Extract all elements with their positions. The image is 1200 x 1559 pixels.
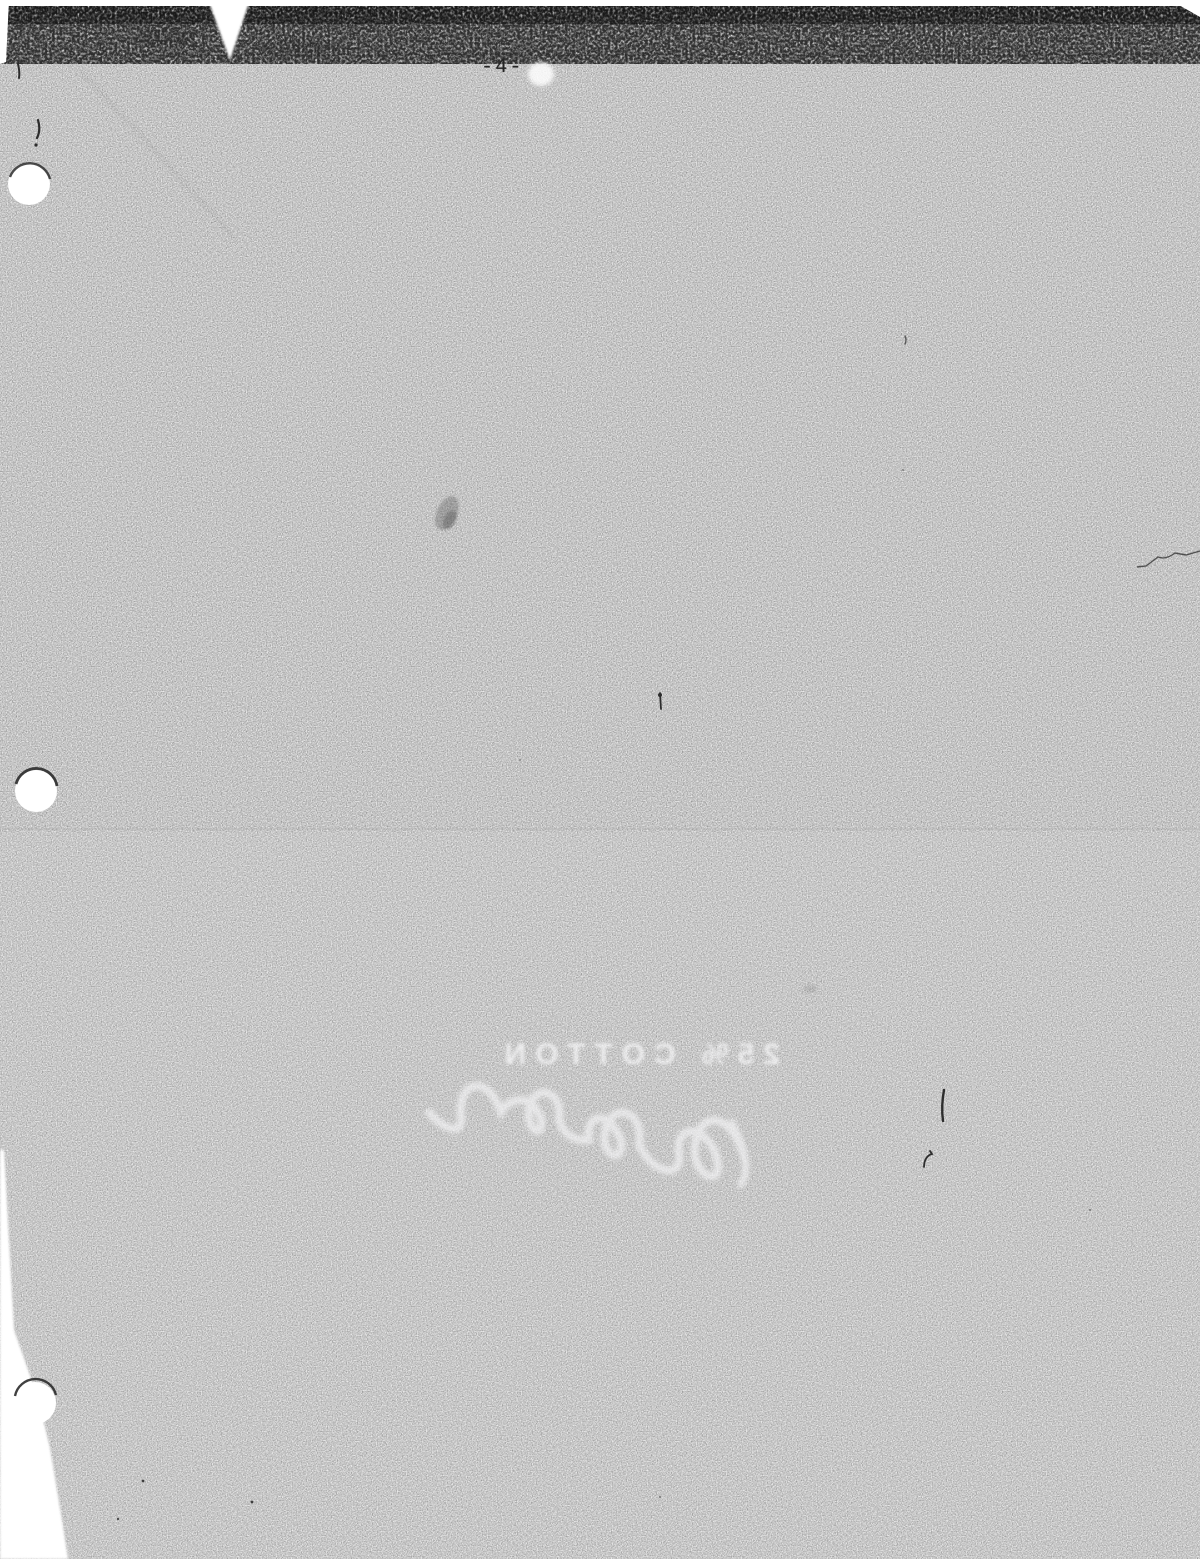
punch-hole-top xyxy=(8,163,50,205)
punch-hole-bottom xyxy=(14,1379,56,1424)
watermark-text: 25% COTTON xyxy=(496,1038,781,1071)
paper-watermark: 25% COTTON xyxy=(420,1038,780,1072)
scanned-page-background xyxy=(0,0,1200,1559)
scanned-document-page: 25% COTTON -4- We had fried chicken, ham… xyxy=(0,0,1200,1559)
faint-smudge xyxy=(803,985,817,993)
page-number: -4- xyxy=(481,56,524,80)
scan-white-top-strip xyxy=(0,0,1200,6)
punch-hole-middle xyxy=(15,768,57,812)
scan-band-line xyxy=(0,828,1200,830)
scan-light-blob xyxy=(528,62,554,86)
torn-top-edge xyxy=(0,5,1200,56)
